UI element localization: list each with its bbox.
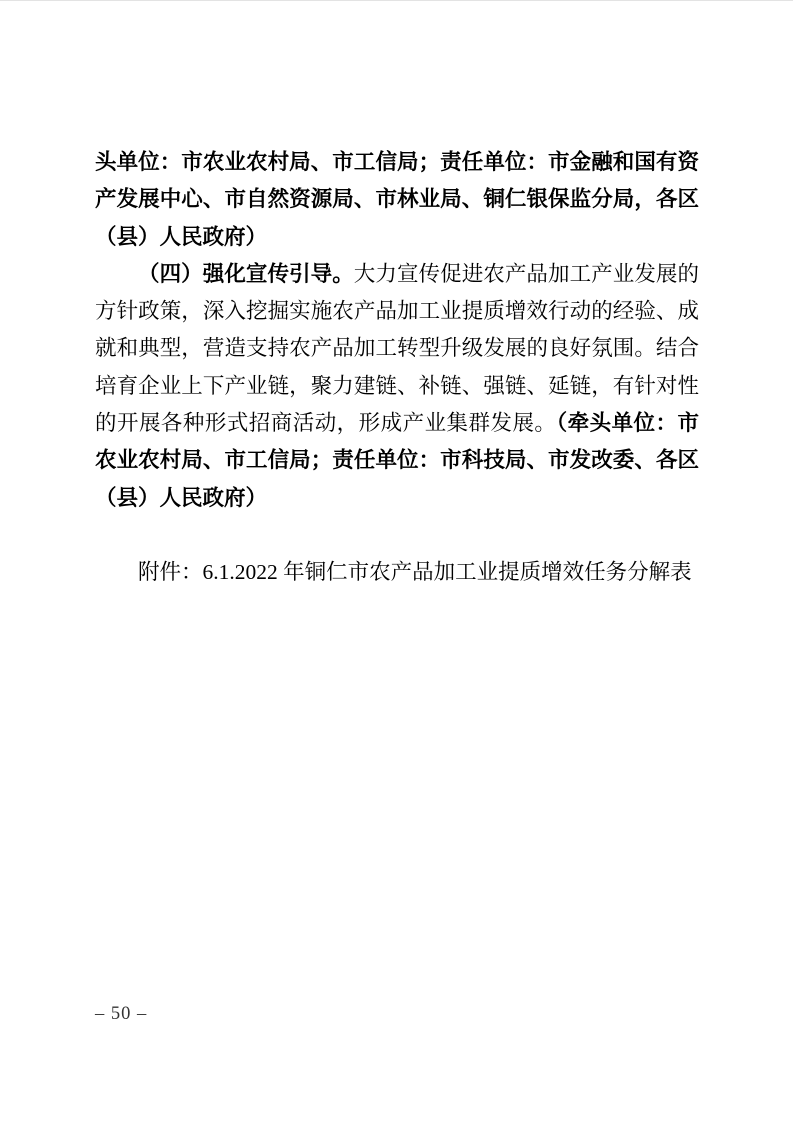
text-segment-fangsong: 的开展各种形式招商活动，形成产业集群发展。	[95, 411, 556, 435]
body-text: 头单位：市农业农村局、市工信局；责任单位：市金融和国有资产发展中心、市自然资源局…	[95, 144, 699, 592]
text-segment-heiti: （牵头单位：市	[556, 411, 699, 435]
text-line: 头单位：市农业农村局、市工信局；责任单位：市金融和国有资	[95, 144, 699, 181]
text-line: 方针政策，深入挖掘实施农产品加工业提质增效行动的经验、成	[95, 293, 699, 330]
text-line: 附件：6.1.2022 年铜仁市农产品加工业提质增效任务分解表	[95, 554, 699, 591]
page-number: – 50 –	[95, 1003, 147, 1025]
text-segment-fangsong: 大力宣传促进农产品加工产业发展的	[354, 262, 699, 286]
text-segment-fangsong: 就和典型，营造支持农产品加工转型升级发展的良好氛围。结合	[95, 336, 699, 360]
text-line: 就和典型，营造支持农产品加工转型升级发展的良好氛围。结合	[95, 330, 699, 367]
text-segment-kaiti: （四）强化宣传引导。	[138, 262, 354, 286]
text-segment-heiti: 农业农村局、市工信局；责任单位：市科技局、市发改委、各区	[95, 448, 699, 472]
text-line: 的开展各种形式招商活动，形成产业集群发展。（牵头单位：市	[95, 405, 699, 442]
text-segment-fangsong: 培育企业上下产业链，聚力建链、补链、强链、延链，有针对性	[95, 374, 699, 398]
text-line: 农业农村局、市工信局；责任单位：市科技局、市发改委、各区	[95, 442, 699, 479]
text-line: （县）人民政府）	[95, 219, 699, 256]
text-segment-heiti: 产发展中心、市自然资源局、市林业局、铜仁银保监分局，各区	[95, 187, 699, 211]
text-line: 培育企业上下产业链，聚力建链、补链、强链、延链，有针对性	[95, 368, 699, 405]
text-segment-fangsong: 附件：6.1.2022 年铜仁市农产品加工业提质增效任务分解表	[138, 560, 692, 584]
text-segment-heiti: 头单位：市农业农村局、市工信局；责任单位：市金融和国有资	[95, 150, 699, 174]
text-segment-heiti: （县）人民政府）	[95, 486, 267, 510]
text-line: （县）人民政府）	[95, 480, 699, 517]
text-line: （四）强化宣传引导。大力宣传促进农产品加工产业发展的	[95, 256, 699, 293]
document-page: 头单位：市农业农村局、市工信局；责任单位：市金融和国有资产发展中心、市自然资源局…	[0, 0, 793, 1123]
text-segment-heiti: （县）人民政府）	[95, 225, 267, 249]
text-line: 产发展中心、市自然资源局、市林业局、铜仁银保监分局，各区	[95, 181, 699, 218]
text-segment-fangsong: 方针政策，深入挖掘实施农产品加工业提质增效行动的经验、成	[95, 299, 699, 323]
